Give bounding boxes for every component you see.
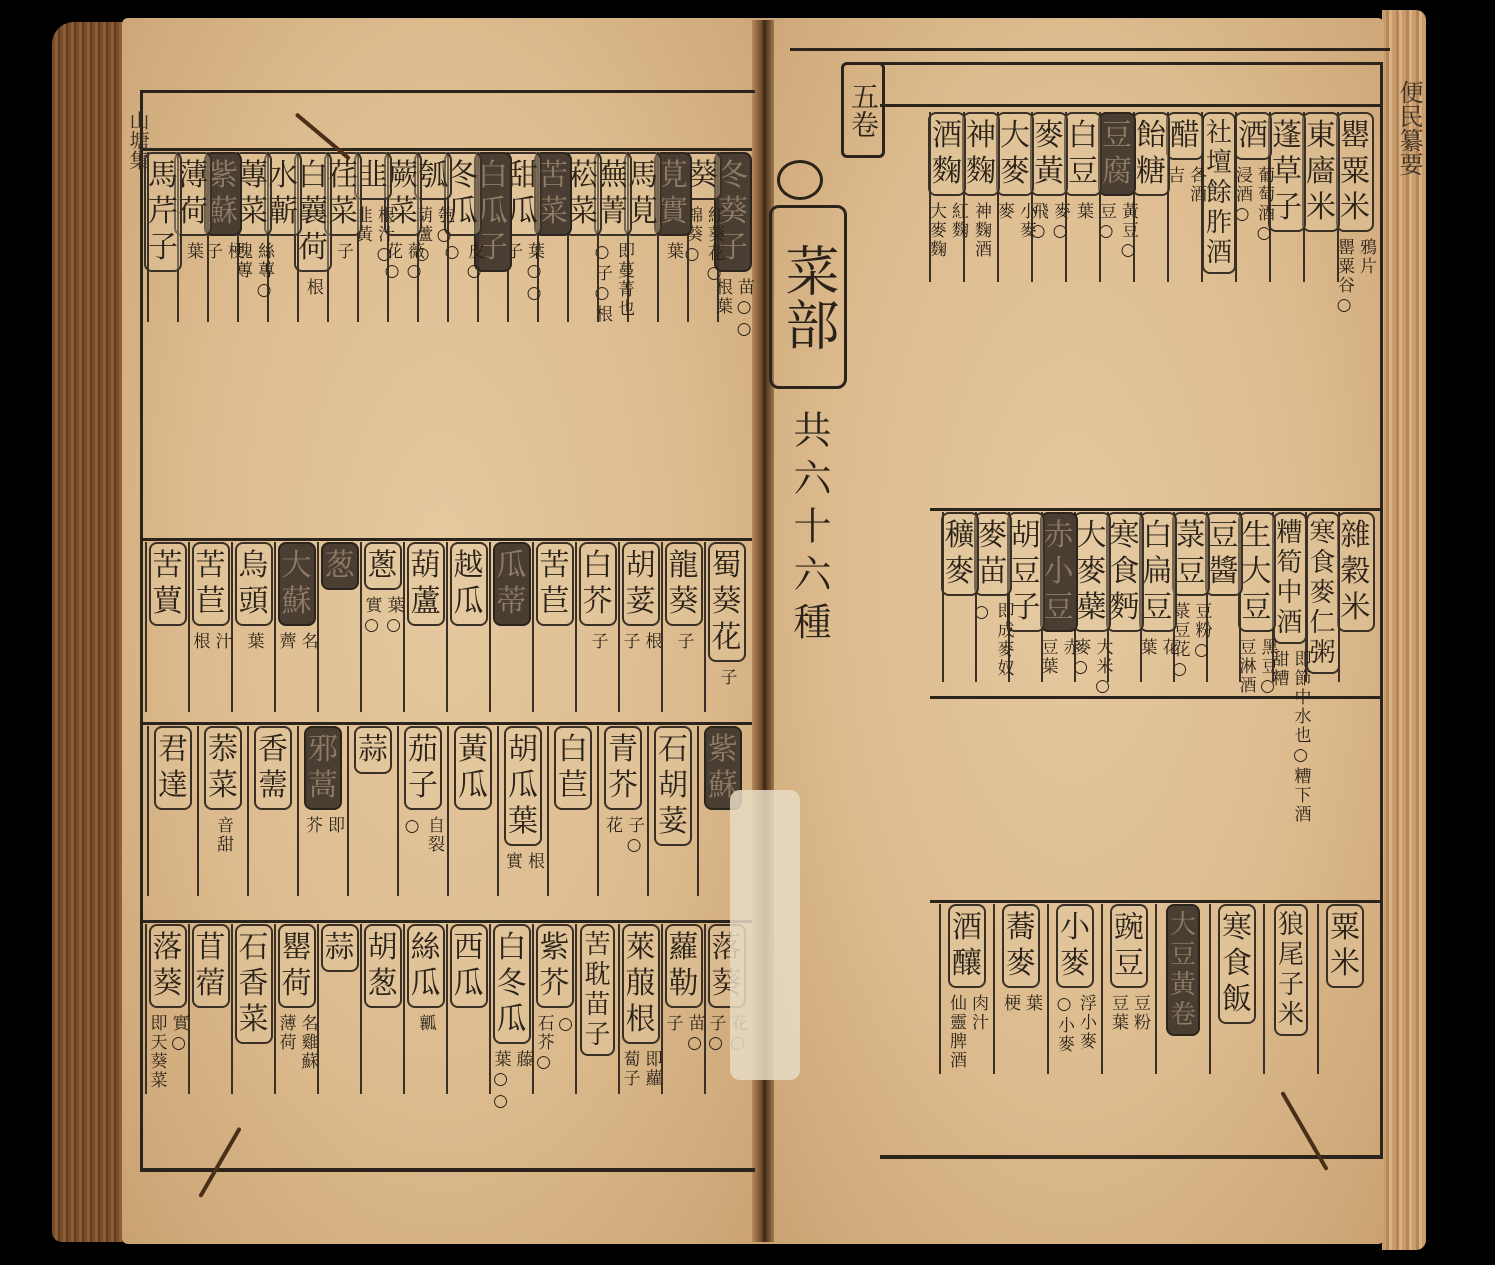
book-fore-edge-right	[1382, 10, 1426, 1250]
entry-column: 罌粟米鴉片罌粟谷○	[1338, 112, 1372, 317]
entry-column: 紫芥○石芥○	[533, 924, 576, 1074]
entry-note: 花	[1159, 638, 1179, 657]
entry-column: 韭根汁○韭黃	[358, 152, 388, 266]
entry-note: 各酒	[1186, 166, 1206, 204]
volume-tab: 五卷	[841, 62, 885, 158]
entry-column: 雜穀米	[1339, 512, 1372, 632]
entry-column: 苦蕒	[146, 542, 189, 626]
entry-column: 蓬草子	[1270, 112, 1304, 232]
entry-note: 即節中水也○糟下酒	[1291, 650, 1311, 824]
entry-label: 菾菜	[204, 726, 242, 810]
entry-notes: 葉○實○	[362, 596, 404, 637]
entry-label: 胡葱	[364, 924, 402, 1008]
entry-label: 酒釀	[948, 904, 986, 988]
entry-note: 仙靈脾酒	[946, 994, 966, 1070]
entry-note: 梗	[1000, 994, 1020, 1013]
entry-note: 葉○	[384, 596, 404, 637]
entry-notes: 神麴酒	[971, 202, 991, 259]
entry-label: 大蘇	[278, 542, 316, 626]
entry-notes: 葉	[663, 242, 683, 261]
entry-column: 落葵實○即天葵菜	[146, 924, 189, 1090]
entry-note: 名	[298, 632, 318, 651]
entry-column: 大麥小麥麥	[998, 112, 1032, 240]
entry-note: 豆粉	[1130, 994, 1150, 1032]
entry-label: 葫蘆	[407, 542, 445, 626]
book-fore-edge-left	[52, 22, 124, 1242]
entry-label: 蒜	[354, 726, 392, 774]
entry-label: 小麥	[1056, 904, 1094, 988]
entry-column: 白豆葉	[1066, 112, 1100, 221]
entry-column: 香薷	[248, 726, 298, 810]
entry-note: 薺	[276, 632, 296, 651]
entry-column: 葫蘆	[404, 542, 447, 626]
entry-column: 胡瓜葉根實	[498, 726, 548, 871]
entry-column: 白扁豆花葉	[1141, 512, 1174, 657]
entry-column: 越瓜	[447, 542, 490, 626]
entry-note: 鴉片	[1356, 238, 1376, 317]
entry-label: 生大豆	[1238, 512, 1276, 632]
entry-label: 豌豆	[1110, 904, 1148, 988]
entry-note: 實○	[169, 1014, 189, 1090]
entry-notes: 子○花	[602, 816, 644, 857]
entry-notes: 豆粉豆葉	[1108, 994, 1150, 1032]
right-row-divider-4	[930, 900, 1380, 903]
entry-note: 藤	[513, 1050, 533, 1113]
entry-note: 葉○○	[491, 1050, 511, 1113]
entry-note: ○子○根	[592, 242, 612, 324]
entry-notes: 葉梗	[1000, 994, 1042, 1013]
entry-notes: 浮小麥○小麥	[1054, 994, 1096, 1054]
entry-note: 根	[303, 278, 323, 297]
entry-note: 葉	[244, 632, 264, 651]
entry-label: 寒食飯	[1218, 904, 1256, 1024]
entry-label: 大麥蘗	[1073, 512, 1111, 632]
entry-column: 蕪菁即蔓菁也○子○根	[598, 152, 628, 324]
entry-label: 葱	[321, 542, 359, 590]
entry-note: 赤	[1060, 638, 1080, 676]
entry-notes: 小麥麥	[994, 202, 1036, 240]
entry-label: 胡荽	[622, 542, 660, 626]
entry-label: 香薷	[254, 726, 292, 810]
entry-note: 即成麥奴	[994, 602, 1014, 678]
entry-notes: 肉汁仙靈脾酒	[946, 994, 988, 1070]
entry-column: 飴糖	[1134, 112, 1168, 196]
entry-column: 菾菜音甜	[198, 726, 248, 854]
entry-notes: 各酒吉	[1164, 166, 1206, 204]
entry-label: 寒食麪	[1106, 512, 1144, 632]
entry-note: 實○	[362, 596, 382, 637]
entry-note: 即天葵菜	[147, 1014, 167, 1090]
entry-label: 蜀葵花	[708, 542, 746, 662]
entry-label: 青芥	[604, 726, 642, 810]
entry-note: 即蘿	[642, 1050, 662, 1088]
entry-column: 馬莧	[628, 152, 658, 236]
entry-notes: 音甜	[213, 816, 233, 854]
entry-note: 實	[502, 852, 522, 871]
entry-column: 邪蒿即芥	[298, 726, 348, 835]
entry-note: 根	[190, 632, 210, 651]
right-top-rule	[790, 48, 1390, 51]
entry-label: 粟米	[1326, 904, 1364, 988]
entry-column: 馬芹子	[148, 152, 178, 272]
entry-note: 黑豆○	[1258, 638, 1278, 698]
entry-column: 葵紅葵花○錦葵○	[688, 152, 718, 285]
entry-column: 石胡荽	[648, 726, 698, 846]
entry-label: 蘿勒	[665, 924, 703, 1008]
entry-label: 大麥	[996, 112, 1034, 196]
entry-note: 子	[674, 632, 694, 651]
entry-column: 罌荷名雞蘇薄荷	[275, 924, 318, 1071]
entry-column: 茄子自裂○	[398, 726, 448, 854]
entry-column: 紫蘇梗子	[208, 152, 238, 261]
entry-note: 花	[602, 816, 622, 857]
entry-note: 浮小麥	[1076, 994, 1096, 1054]
entry-label: 苦耽苗子	[580, 924, 614, 1056]
entry-column: 黃瓜	[448, 726, 498, 810]
entry-note: 名雞蘇	[298, 1014, 318, 1071]
entry-column: 豆醬	[1207, 512, 1240, 596]
entry-label: 絲瓜	[407, 924, 445, 1008]
section-circle-mark	[777, 160, 823, 200]
entry-label: 石胡荽	[654, 726, 692, 846]
entry-label: 酒麴	[928, 112, 966, 196]
right-row-divider-1	[880, 104, 1380, 107]
entry-label: 赤小豆	[1040, 512, 1078, 632]
entry-note: 絲蓴○	[254, 242, 274, 302]
entry-label: 糟筍中酒	[1273, 512, 1307, 644]
entry-label: 邪蒿	[304, 726, 342, 810]
entry-column: 麥黃麥○飛○	[1032, 112, 1066, 243]
entry-notes: 汁根	[190, 632, 232, 651]
section-heading-text: 菜部	[770, 243, 846, 351]
entry-note: 音甜	[213, 816, 233, 854]
entry-notes: 花葉	[1137, 638, 1179, 657]
entry-notes: 根實	[502, 852, 544, 871]
entry-label: 菉豆	[1172, 512, 1210, 596]
entry-column: 荏菜子	[328, 152, 358, 261]
entry-label: 蔥	[364, 542, 402, 590]
entry-column: 甜瓜葉○○子	[508, 152, 538, 305]
column-rule	[145, 542, 147, 712]
entry-note: 薄荷	[276, 1014, 296, 1071]
column-rule	[147, 152, 149, 322]
entry-note: 紅葵花○	[704, 206, 724, 285]
entry-column: 麥苗即成麥奴○	[976, 512, 1009, 678]
entry-label: 東廧米	[1302, 112, 1340, 232]
entry-note: 汁	[212, 632, 232, 651]
entry-column: 神麴神麴酒	[964, 112, 998, 259]
entry-notes: 葉	[1073, 202, 1093, 221]
entry-column: 白蘘荷根	[298, 152, 328, 297]
entry-note: 即	[324, 816, 344, 835]
column-rule	[939, 904, 941, 1074]
entry-note: 黃豆○	[1118, 202, 1138, 262]
entry-note: 子	[620, 632, 640, 651]
entry-note: 神麴酒	[971, 202, 991, 259]
entry-label: 紫芥	[536, 924, 574, 1008]
entry-label: 豆醬	[1205, 512, 1243, 596]
entry-notes: 名雞蘇薄荷	[276, 1014, 318, 1071]
entry-note: 紅麴	[948, 202, 968, 259]
entry-label: 麥苗	[974, 512, 1012, 596]
entry-column: 豆腐黃豆○豆○	[1100, 112, 1134, 262]
entry-notes: ○石芥○	[534, 1014, 576, 1074]
entry-column: 大豆黃卷	[1156, 904, 1210, 1036]
entry-note: 瓤	[416, 1014, 436, 1033]
entry-label: 苜蓿	[192, 924, 230, 1008]
entry-label: 瓜蒂	[493, 542, 531, 626]
right-page-margin-title: 便民纂要	[1392, 80, 1427, 176]
entry-note: 豆粉○	[1192, 602, 1212, 681]
entry-label: 苦苣	[192, 542, 230, 626]
entry-column: 蔥葉○實○	[361, 542, 404, 637]
paper-tear-center	[730, 790, 800, 1080]
entry-label: 烏頭	[235, 542, 273, 626]
entry-notes: 葉	[244, 632, 264, 651]
entry-label: 狼尾子米	[1274, 904, 1308, 1036]
column-rule	[147, 726, 149, 896]
entry-note: 葉	[663, 242, 683, 261]
entry-note: 根葉	[712, 278, 732, 341]
entry-column: 白芥子	[576, 542, 619, 651]
entry-label: 石香菜	[235, 924, 273, 1044]
entry-notes: 鴉片罌粟谷○	[1334, 238, 1376, 317]
entry-notes: 子	[588, 632, 608, 651]
entry-notes: 名薺	[276, 632, 318, 651]
entry-note: 葉	[1022, 994, 1042, 1013]
entry-column: 莧實葉	[658, 152, 688, 261]
entry-notes: 子	[333, 242, 353, 261]
entry-column: 小麥浮小麥○小麥	[1048, 904, 1102, 1054]
entry-label: 萊菔根	[622, 924, 660, 1044]
entry-notes: 紅麴大麥麴	[926, 202, 968, 259]
entry-note: 根	[642, 632, 662, 651]
entry-label: 茄子	[404, 726, 442, 810]
entry-label: 社壇餘胙酒	[1202, 112, 1236, 274]
entry-column: 穬麥	[943, 512, 976, 596]
entry-label: 雜穀米	[1337, 512, 1375, 632]
entry-note: 葉○○	[524, 242, 544, 305]
entry-label: 罌粟米	[1336, 112, 1374, 232]
entry-note: 子	[663, 1014, 683, 1055]
entry-column: 胡荽根子	[619, 542, 662, 651]
entry-note: 梗	[224, 242, 244, 261]
entry-note: 匏○	[434, 206, 454, 266]
column-rule	[929, 112, 931, 282]
entry-column: 狼尾子米	[1264, 904, 1318, 1036]
entry-label: 黃瓜	[454, 726, 492, 810]
entry-note: 豆葉	[1108, 994, 1128, 1032]
entry-column: 苦菜	[538, 152, 568, 236]
entry-column: 白冬瓜藤葉○○	[490, 924, 533, 1113]
entry-label: 龍葵	[665, 542, 703, 626]
entry-note: 根汁○	[374, 206, 394, 266]
right-row-divider-2	[930, 508, 1380, 511]
entry-notes: 即芥	[302, 816, 344, 835]
entry-label: 麥黃	[1030, 112, 1068, 196]
entry-label: 白芥	[579, 542, 617, 626]
entry-note: 葉	[1073, 202, 1093, 221]
entry-column: 薄荷葉	[178, 152, 208, 261]
entry-note: 自裂	[424, 816, 444, 854]
entry-column: 蒜	[318, 924, 361, 972]
entry-column: 青芥子○花	[598, 726, 648, 857]
entry-label: 罌荷	[278, 924, 316, 1008]
entry-note: ○	[402, 816, 422, 854]
entry-label: 酒	[1234, 112, 1272, 160]
entry-note: 薇○	[404, 242, 424, 283]
entry-label: 馬芹子	[144, 152, 182, 272]
column-rule	[145, 924, 147, 1094]
entry-label: 蕎麥	[1002, 904, 1040, 988]
entry-note: 石芥○	[534, 1014, 554, 1074]
entry-column: 粟米	[1318, 904, 1372, 988]
entry-column: 石香菜	[232, 924, 275, 1044]
entry-note: 根	[524, 852, 544, 871]
entry-notes: 實○即天葵菜	[147, 1014, 189, 1090]
entry-column: 胡葱	[361, 924, 404, 1008]
entry-note: 苗○○	[734, 278, 754, 341]
entry-note: 子	[588, 632, 608, 651]
entry-column: 蜀葵花子	[705, 542, 748, 687]
entry-column: 豌豆豆粉豆葉	[1102, 904, 1156, 1032]
entry-note: 葉	[183, 242, 203, 261]
entry-column: 赤小豆赤豆葉	[1042, 512, 1075, 676]
entry-label: 白冬瓜	[493, 924, 531, 1044]
entry-label: 穬麥	[941, 512, 979, 596]
entry-column: 水蘄	[268, 152, 298, 236]
entry-column: 寒食飯	[1210, 904, 1264, 1024]
entry-note: 蔔子	[620, 1050, 640, 1088]
entry-column: 瓜蒂	[490, 542, 533, 626]
left-row-divider-2	[140, 538, 752, 541]
entry-column: 白苣	[548, 726, 598, 810]
column-rule	[942, 512, 944, 682]
entry-column: 君達	[148, 726, 198, 810]
entry-note: 肉汁	[968, 994, 988, 1070]
entry-column: 蓴菜絲蓴○塊蓴	[238, 152, 268, 302]
entry-notes: 苗○子	[663, 1014, 705, 1055]
entry-notes: 自裂○	[402, 816, 444, 854]
entry-column: 烏頭葉	[232, 542, 275, 651]
entry-column: 菘菜	[568, 152, 598, 236]
entry-column: 蘿勒苗○子	[662, 924, 705, 1055]
entry-column: 大蘇名薺	[275, 542, 318, 651]
entry-label: 大豆黃卷	[1166, 904, 1200, 1036]
entry-label: 落葵	[149, 924, 187, 1008]
entry-column: 醋各酒吉	[1168, 112, 1202, 204]
entry-label: 西瓜	[450, 924, 488, 1008]
entry-label: 君達	[154, 726, 192, 810]
entry-notes: 葡萄酒○浸酒○	[1232, 166, 1274, 245]
entry-column: 萊菔根即蘿蔔子	[619, 924, 662, 1088]
entry-column: 苜蓿	[189, 924, 232, 1008]
entry-note: 即蔓菁也	[614, 242, 634, 324]
entry-notes: 藤葉○○	[491, 1050, 533, 1113]
right-row-divider-3	[930, 696, 1380, 699]
entry-note: ○小麥	[1054, 994, 1074, 1054]
left-row-divider-4	[140, 920, 752, 923]
entry-column: 蒜	[348, 726, 398, 774]
entry-label: 白豆	[1064, 112, 1102, 196]
entry-label: 蒜	[321, 924, 359, 972]
entry-column: 蕎麥葉梗	[994, 904, 1048, 1013]
entry-notes: 根子	[620, 632, 662, 651]
entry-column: 東廧米	[1304, 112, 1338, 232]
entry-column: 大麥蘗大米○麥○	[1075, 512, 1108, 698]
entry-notes: 黑豆○豆淋酒	[1236, 638, 1278, 698]
entry-column: 寒食麪	[1108, 512, 1141, 632]
entry-note: 苗○	[685, 1014, 705, 1055]
entry-column: 葱	[318, 542, 361, 590]
entry-note: 子○	[624, 816, 644, 857]
entry-label: 胡瓜葉	[504, 726, 542, 846]
entry-note: 小麥	[1016, 202, 1036, 240]
entry-notes: 子	[674, 632, 694, 651]
entry-note: 大米○	[1093, 638, 1113, 698]
entry-notes: 赤豆葉	[1038, 638, 1080, 676]
entry-note: 葡萄酒○	[1254, 166, 1274, 245]
entry-column: 酒釀肉汁仙靈脾酒	[940, 904, 994, 1070]
entry-label: 苦苣	[536, 542, 574, 626]
entry-note: ○	[556, 1014, 576, 1074]
entry-column: 苦耽苗子	[576, 924, 619, 1056]
entry-notes: 即蘿蔔子	[620, 1050, 662, 1088]
entry-label: 苦蕒	[149, 542, 187, 626]
entry-notes: 黃豆○豆○	[1096, 202, 1138, 262]
entry-column: 龍葵子	[662, 542, 705, 651]
entry-column: 社壇餘胙酒	[1202, 112, 1236, 274]
entry-notes: 葉	[183, 242, 203, 261]
entry-column: 西瓜	[447, 924, 490, 1008]
entry-notes: 根	[303, 278, 323, 297]
entry-column: 生大豆黑豆○豆淋酒	[1240, 512, 1273, 698]
section-entry-count: 共六十六種	[782, 410, 837, 650]
entry-label: 白苣	[554, 726, 592, 810]
entry-column: 絲瓜瓤	[404, 924, 447, 1033]
entry-label: 豆腐	[1098, 112, 1136, 196]
section-heading-vegetables: 菜部	[769, 205, 847, 389]
entry-note: 子	[717, 668, 737, 687]
left-row-divider-3	[140, 722, 752, 725]
entry-label: 白扁豆	[1139, 512, 1177, 632]
entry-note: 芥	[302, 816, 322, 835]
entry-note: 子	[333, 242, 353, 261]
entry-notes: 瓤	[416, 1014, 436, 1033]
left-row-divider-1	[140, 148, 752, 151]
entry-notes: 子	[717, 668, 737, 687]
entry-column: 苦苣汁根	[189, 542, 232, 651]
entry-label: 飴糖	[1132, 112, 1170, 196]
entry-label: 神麴	[962, 112, 1000, 196]
entry-column: 酒葡萄酒○浸酒○	[1236, 112, 1270, 245]
entry-note: 麥○	[1050, 202, 1070, 243]
entry-notes: 即成麥奴○	[972, 602, 1014, 678]
entry-label: 越瓜	[450, 542, 488, 626]
entry-label: 醋	[1166, 112, 1204, 160]
entry-column: 酒麴紅麴大麥麴	[930, 112, 964, 259]
entry-column: 苦苣	[533, 542, 576, 626]
entry-note: 皮○	[464, 242, 484, 283]
entry-note: 子○	[706, 1014, 726, 1055]
